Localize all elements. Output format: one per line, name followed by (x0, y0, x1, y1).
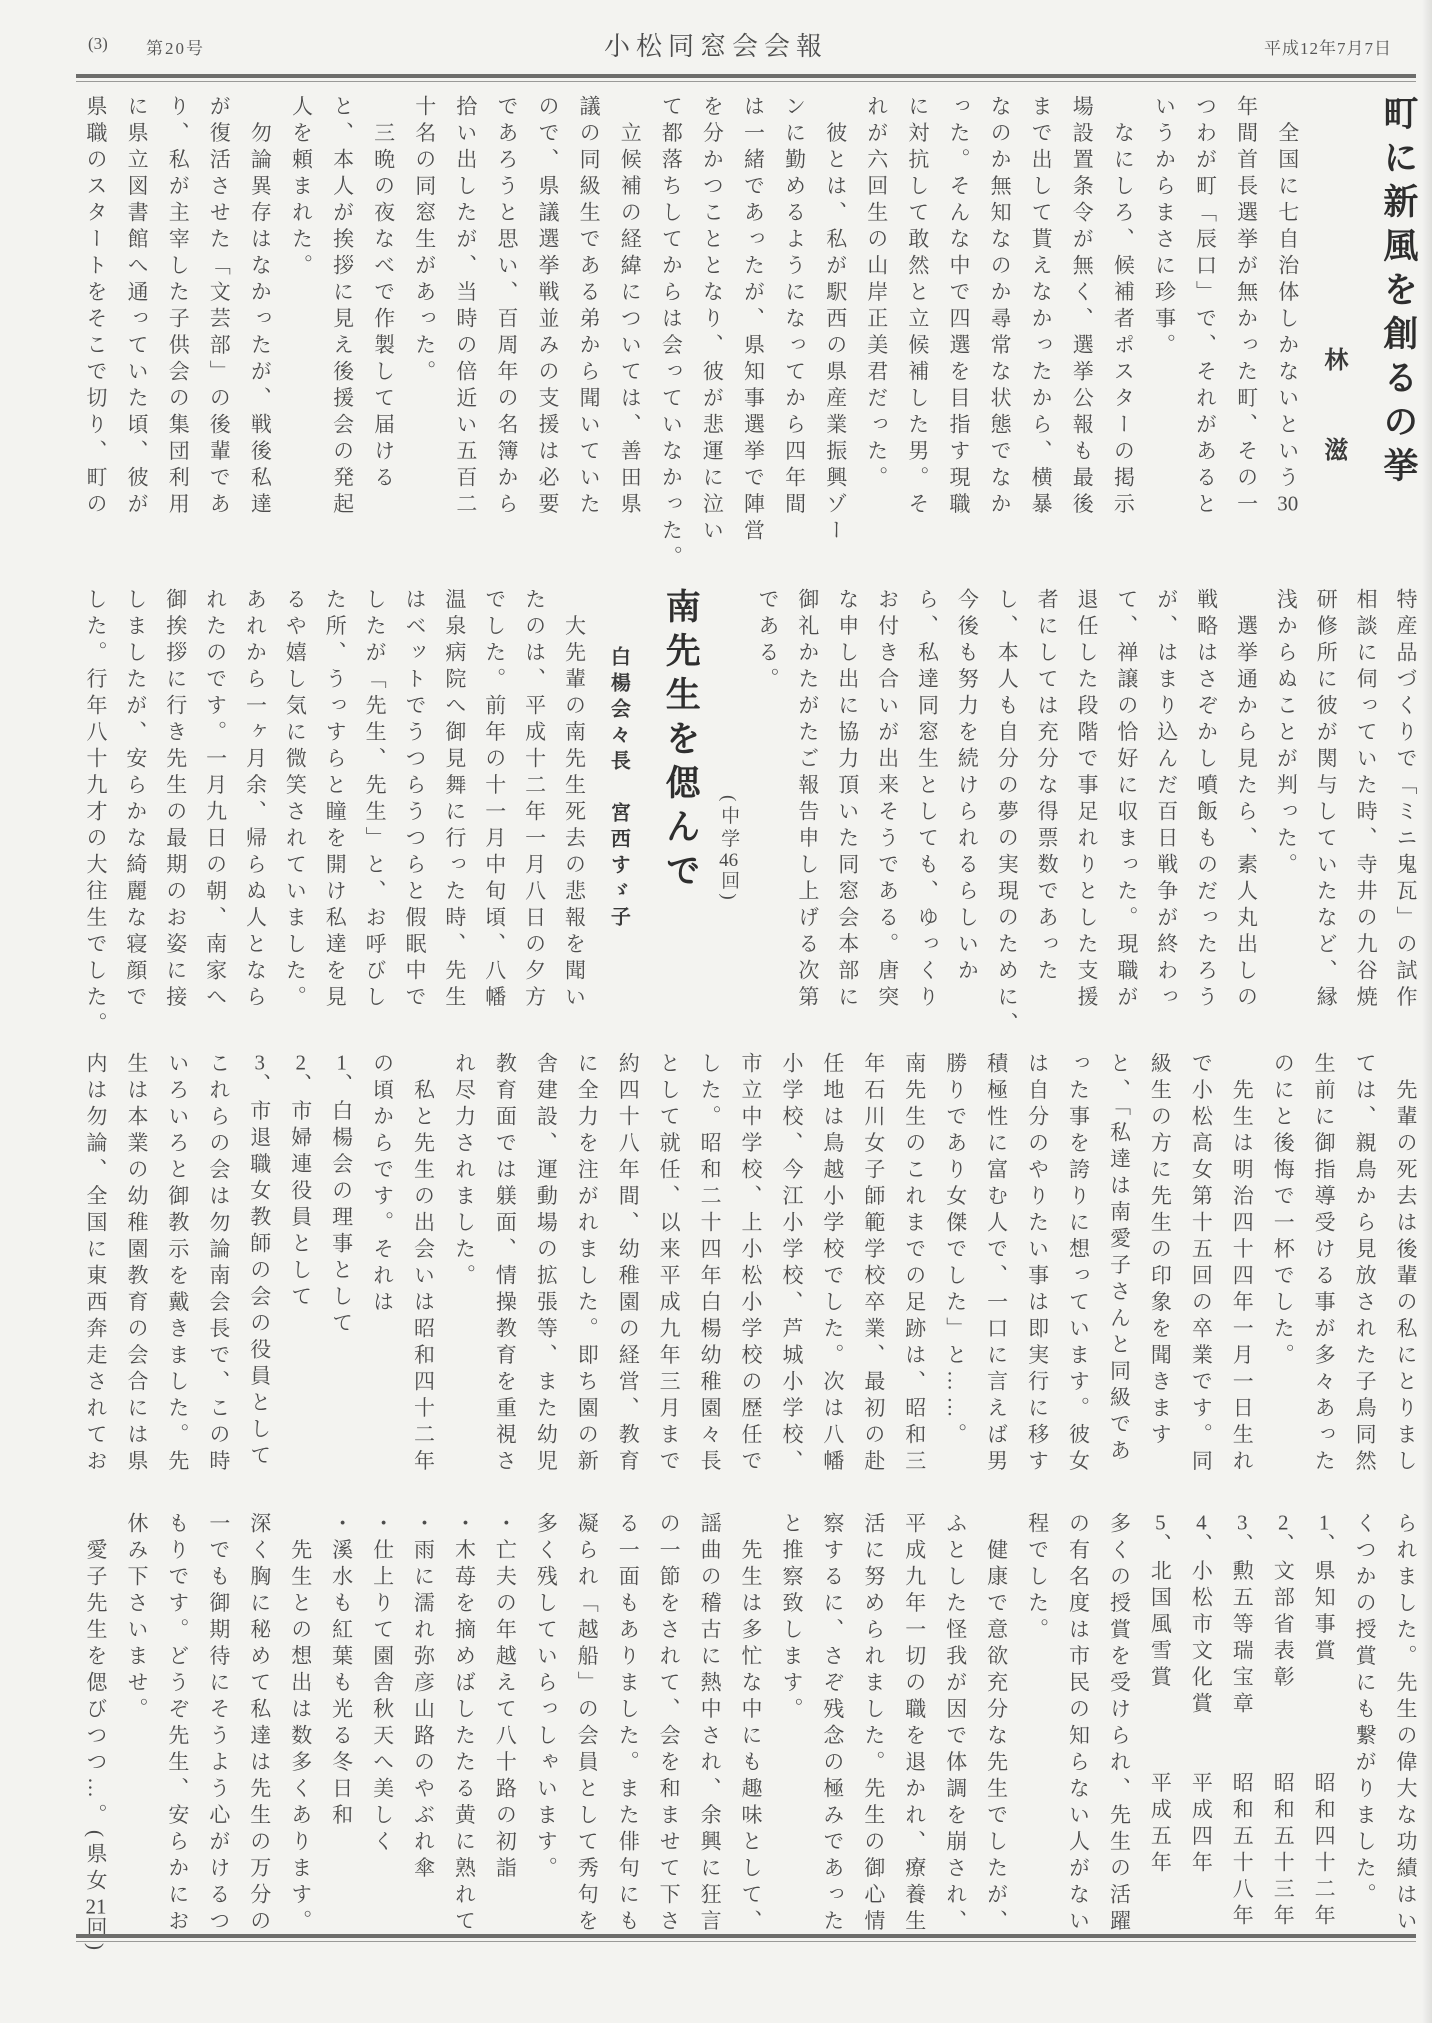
horizontal-digits: 2 (1271, 1512, 1295, 1533)
text-column: 深く胸に秘めて私達は先生の万分の (248, 1512, 270, 1936)
text-column: 場設置条令が無く、選挙公報も最後 (1070, 95, 1092, 519)
text-column: しましたが、安らかな綺麗な寝顔で (124, 588, 146, 1012)
text-column: 謡曲の稽古に熱中され、余興に狂言 (698, 1512, 720, 1936)
text-column: 先生は明治四十四年一月一日生れ (1230, 1052, 1252, 1476)
text-column: くつかの授賞にも繋がりました。 (1353, 1512, 1375, 1910)
text-column: 今後も努力を続けられるらしいか (955, 588, 977, 986)
text-column: 大先輩の南先生死去の悲報を聞い (563, 588, 585, 1012)
text-column: 2、文部省表彰 昭和五十三年 (1271, 1512, 1293, 1931)
text-column: 2、市婦連役員として (289, 1052, 311, 1312)
horizontal-digits: 1 (330, 1052, 354, 1073)
text-column: たのは、平成十二年一月八日の夕方 (523, 588, 545, 1012)
text-column: これらの会は勿論南会長で、この時 (207, 1052, 229, 1476)
horizontal-digits: 3 (1230, 1512, 1254, 1533)
newspaper-page: (3) 第20号 小松同窓会会報 平成12年7月7日 町に新風を創るの挙林 滋 … (0, 0, 1432, 2023)
text-column: 年間首長選挙が無かった町、その一 (1235, 95, 1257, 519)
text-column: 先生は多忙な中にも趣味として、 (739, 1512, 761, 1936)
text-column: 舎建設、運動場の拡張等、また幼児 (534, 1052, 556, 1476)
text-column: 研修所に彼が関与していたなど、縁 (1314, 588, 1336, 1012)
text-column: った事を誇りに想っています。彼女 (1067, 1052, 1089, 1476)
text-column: 生は本業の幼稚園教育の会合には県 (125, 1052, 147, 1476)
text-column: であろうと思い、百周年の名簿から (495, 95, 517, 519)
text-column: ・仕上りて園舎秋天へ美しく (371, 1512, 393, 1857)
text-column: に県立図書館へ通っていた頃、彼が (125, 95, 147, 519)
text-column: 休み下さいませ。 (125, 1512, 147, 1724)
text-column: の一節をされて、会を和ませて下さ (657, 1512, 679, 1936)
text-column: と、本人が挨拶に見え後援会の発起 (331, 95, 353, 519)
text-column: 御挨拶に行き先生の最期のお姿に接 (164, 588, 186, 1012)
article-title: 南先生を偲んで (646, 588, 698, 896)
text-column: 程でした。 (1026, 1512, 1048, 1645)
text-column: 南先生のこれまでの足跡は、昭和三 (903, 1052, 925, 1476)
text-column: は一緒であったが、県知事選挙で陣営 (742, 95, 764, 546)
text-column: 3、勲五等瑞宝章 昭和五十八年 (1230, 1512, 1252, 1931)
text-column: として就任、以来平成九年三月まで (657, 1052, 679, 1476)
text-column: ては、親鳥から見放された子鳥同然 (1353, 1052, 1375, 1476)
text-column: した。昭和二十四年白楊幼稚園々長 (698, 1052, 720, 1476)
text-column: いうからまさに珍事。 (1152, 95, 1174, 360)
text-column: を分かつこととなり、彼が悲運に泣い (700, 95, 722, 546)
text-band-2: 特産品づくりで「ミニ鬼瓦」の試作相談に伺っていた時、寺井の九谷焼研修所に彼が関与… (84, 588, 1416, 1022)
page-header: (3) 第20号 小松同窓会会報 平成12年7月7日 (0, 24, 1432, 64)
text-column: 生前に御指導受ける事が多々あった (1312, 1052, 1334, 1476)
text-column: つわが町「辰口」で、それがあると (1194, 95, 1216, 519)
text-column: 積極性に富む人で、一口に言えば男 (985, 1052, 1007, 1476)
text-column: ・溪水も紅葉も光る冬日和 (330, 1512, 352, 1830)
text-column: 4、小松市文化賞 平成四年 (1189, 1512, 1211, 1878)
bottom-rule (76, 1934, 1416, 1942)
horizontal-digits: 30 (1276, 493, 1300, 514)
text-column: 級生の方に先生の印象を聞きます (1148, 1052, 1170, 1450)
text-column: られました。先生の偉大な功績はい (1394, 1512, 1416, 1936)
masthead-title: 小松同窓会会報 (0, 26, 1432, 63)
text-column: と、「私達は南愛子さんと同級であ (1107, 1052, 1129, 1466)
text-column: お付き合いが出来そうである。唐突 (876, 588, 898, 1012)
text-column: 内は勿論、全国に東西奔走されてお (84, 1052, 106, 1476)
text-column: て都落ちしてからは会っていなかった。 (659, 95, 681, 572)
text-column: はベットでうつらうつらと假眠中で (403, 588, 425, 1012)
text-column: と推察致します。 (780, 1512, 802, 1724)
text-column: 退任した段階で事足れりとした支援 (1075, 588, 1097, 1012)
text-column: 拾い出したが、当時の倍近い五百二 (454, 95, 476, 519)
text-column: な申し出に協力頂いた同窓会本部に (836, 588, 858, 1012)
text-column: し、本人も自分の夢の実現のために、 (995, 588, 1017, 1039)
text-band-3: 先輩の死去は後輩の私にとりましては、親鳥から見放された子鳥同然生前に御指導受ける… (84, 1052, 1416, 1474)
text-column: った。そんな中で四選を目指す現職 (947, 95, 969, 519)
text-column: ふとした怪我が因で体調を崩され、 (944, 1512, 966, 1936)
text-column: 3、市退職女教師の会の役員として (248, 1052, 270, 1471)
text-column: 者にしては充分な得票数であった (1035, 588, 1057, 986)
text-column: 約四十八年間、幼稚園の経営、教育 (616, 1052, 638, 1476)
horizontal-digits: 21 (84, 1896, 108, 1917)
text-column: 察するに、さぞ残念の極みであった (821, 1512, 843, 1936)
horizontal-digits: 46 (718, 851, 739, 870)
text-column: 市立中学校、上小松小学校の歴任で (739, 1052, 761, 1476)
text-column: り、私が主宰した子供会の集団利用 (166, 95, 188, 519)
text-column: 三晩の夜なべで作製して届ける (372, 95, 394, 493)
text-column: 戦略はさぞかし噴飯ものだったろう (1195, 588, 1217, 1012)
horizontal-digits: 2 (289, 1052, 313, 1073)
text-column: で小松高女第十五回の卒業です。同 (1189, 1052, 1211, 1476)
text-column: でした。前年の十一月中旬頃、八幡 (483, 588, 505, 1012)
text-column: 選挙通から見たら、素人丸出しの (1235, 588, 1257, 1012)
horizontal-digits: 3 (248, 1052, 272, 1073)
text-column: 活に努められました。先生の御心情 (862, 1512, 884, 1936)
text-column: 相談に伺っていた時、寺井の九谷焼 (1354, 588, 1376, 1012)
text-column: れたのです。一月九日の朝、南家へ (204, 588, 226, 1012)
text-column: るや嬉し気に微笑されていました。 (283, 588, 305, 1012)
text-column: ので、県議選挙戦並みの支援は必要 (536, 95, 558, 519)
text-column: 教育面では躾面、情操教育を重視さ (493, 1052, 515, 1476)
text-column: の有名度は市民の知らない人がない (1067, 1512, 1089, 1936)
text-column: ・木苺を摘めばしたたる黄に熟れて (452, 1512, 474, 1936)
article-credit: (中学46回) (716, 588, 738, 904)
text-column: いろいろと御教示を戴きました。先 (166, 1052, 188, 1476)
text-column: は自分のやりたい事は即実行に移す (1026, 1052, 1048, 1476)
text-column: 彼とは、私が駅西の県産業振興ゾー (824, 95, 846, 546)
text-band-1: 町に新風を創るの挙林 滋 全国に七自治体しかないという30年間首長選挙が無かった… (84, 95, 1416, 537)
text-column: 健康で意欲充分な先生でしたが、 (985, 1512, 1007, 1936)
text-column: れが六回生の山岸正美君だった。 (865, 95, 887, 493)
text-column: が、はまり込んだ百日戦争が終わっ (1155, 588, 1177, 1012)
text-column: 先輩の死去は後輩の私にとりまし (1394, 1052, 1416, 1476)
text-column: 先生との想出は数多くあります。 (289, 1512, 311, 1936)
horizontal-digits: 4 (1189, 1512, 1213, 1533)
text-column: したが「先生、先生」と、お呼びし (363, 588, 385, 1012)
text-column: ンに勤めるようになってから四年間 (783, 95, 805, 519)
article-title: 町に新風を創るの挙 (1364, 95, 1416, 491)
text-column: る一面もありました。また俳句にも (616, 1512, 638, 1936)
article-author: 白楊会々長 宮西すゞ子 (602, 588, 628, 932)
text-column: 5、北国風雪賞 平成五年 (1148, 1512, 1170, 1878)
text-column: た所、うっすらと瞳を開け私達を見 (323, 588, 345, 1012)
text-column: もりです。どうぞ先生、安らかにお (166, 1512, 188, 1936)
text-column: 御礼かたがたご報告申し上げる次第 (796, 588, 818, 1012)
text-column: 勿論異存はなかったが、戦後私達 (248, 95, 270, 519)
text-column: 温泉病院へ御見舞に行った時、先生 (443, 588, 465, 1012)
text-column: 年石川女子師範学校卒業、最初の赴 (862, 1052, 884, 1476)
text-column: 浅からぬことが判った。 (1274, 588, 1296, 880)
text-column: て、禅譲の恰好に収まった。現職が (1115, 588, 1137, 1012)
text-column: 一でも御期待にそうよう心がけるつ (207, 1512, 229, 1936)
text-column: ・亡夫の年越えて八十路の初詣 (493, 1512, 515, 1883)
text-column: 特産品づくりで「ミニ鬼瓦」の試作 (1394, 588, 1416, 1012)
text-column: である。 (756, 588, 778, 694)
text-column: が復活させた「文芸部」の後輩であ (207, 95, 229, 519)
horizontal-digits: 1 (1312, 1512, 1336, 1533)
text-column: 平成九年一切の職を退かれ、療養生 (903, 1512, 925, 1936)
text-column: 人を頼まれた。 (289, 95, 311, 281)
text-column: 県職のスタートをそこで切り、町の (84, 95, 106, 519)
article-author: 林 滋 (1317, 95, 1345, 467)
text-column: 愛子先生を偲びつつ…。(県女21回) (84, 1512, 106, 1956)
text-column: まで出して貰えなかったから、横暴 (1029, 95, 1051, 519)
text-column: 勝りであり女傑でした」と……。 (944, 1052, 966, 1450)
text-column: 1、県知事賞 昭和四十二年 (1312, 1512, 1334, 1931)
text-column: 多く残していらっしゃいます。 (534, 1512, 556, 1883)
text-column: 十名の同窓生があった。 (413, 95, 435, 387)
horizontal-digits: 5 (1148, 1512, 1172, 1533)
text-column: なにしろ、候補者ポスターの掲示 (1111, 95, 1133, 519)
text-column: ら、私達同窓生としても、ゆっくり (916, 588, 938, 1012)
text-column: 多くの授賞を受けられ、先生の活躍 (1107, 1512, 1129, 1936)
text-column: 任地は鳥越小学校でした。次は八幡 (821, 1052, 843, 1476)
text-column: なのか無知なのか尋常な状態でなか (988, 95, 1010, 519)
text-band-4: られました。先生の偉大な功績はいくつかの授賞にも繋がりました。1、県知事賞 昭和… (84, 1512, 1416, 1936)
text-column: ・雨に濡れ弥彦山路のやぶれ傘 (412, 1512, 434, 1883)
text-column: のにと後悔で一杯でした。 (1271, 1052, 1293, 1370)
text-column: 議の同級生である弟から聞いていた (577, 95, 599, 519)
text-column: した。行年八十九才の大往生でした。 (84, 588, 106, 1039)
top-rule (76, 74, 1416, 82)
text-column: 私と先生の出会いは昭和四十二年 (412, 1052, 434, 1476)
issue-date: 平成12年7月7日 (1264, 34, 1392, 59)
text-column: の頃からです。それは (371, 1052, 393, 1317)
text-column: 立候補の経緯については、善田県 (618, 95, 640, 519)
text-column: に対抗して敢然と立候補した男。そ (906, 95, 928, 519)
text-column: 小学校、今江小学校、芦城小学校、 (780, 1052, 802, 1476)
text-column: れ尽力されました。 (452, 1052, 474, 1291)
text-column: 全国に七自治体しかないという30 (1276, 95, 1298, 514)
text-column: あれから一ヶ月余、帰らぬ人となら (244, 588, 266, 1012)
text-column: 1、白楊会の理事として (330, 1052, 352, 1338)
text-column: に全力を注がれました。即ち園の新 (575, 1052, 597, 1476)
text-column: 凝られ「越船」の会員として秀句を (575, 1512, 597, 1936)
